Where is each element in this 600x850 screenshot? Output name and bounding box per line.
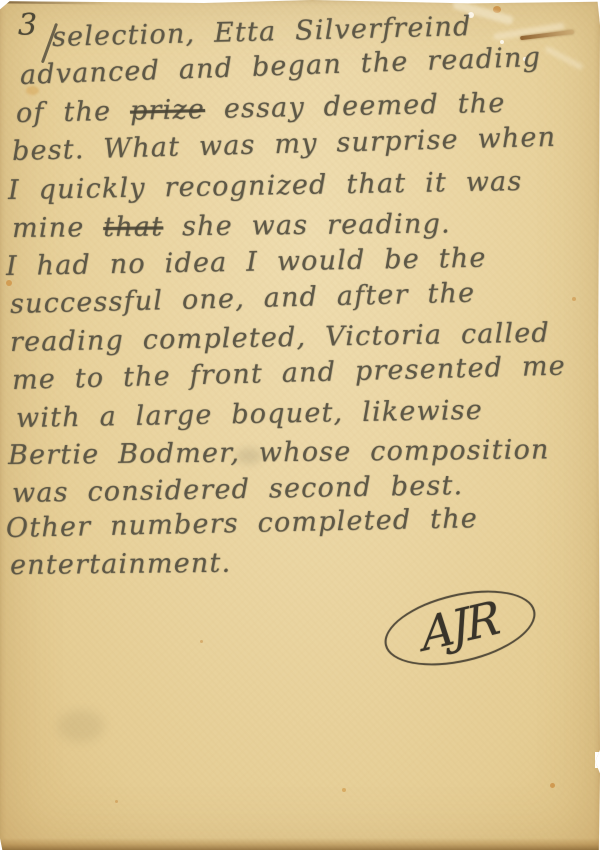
handwriting-segment: mine bbox=[12, 212, 104, 244]
struck-word: prize bbox=[130, 94, 206, 127]
handwriting-segment: of the bbox=[16, 96, 131, 129]
handwriting-segment: I had no idea I would be the bbox=[6, 243, 487, 282]
handwriting-segment: was considered second best. bbox=[12, 470, 464, 509]
edge-notch bbox=[595, 752, 600, 768]
handwriting-segment: Other numbers completed the bbox=[6, 503, 479, 544]
signature-monogram: AJR bbox=[377, 578, 542, 679]
scanned-page: 3 selection, Etta Silverfreindadvanced a… bbox=[0, 0, 600, 850]
handwriting-segment: best. What was my surprise when bbox=[12, 122, 557, 167]
manuscript-line: successful one, and after the bbox=[10, 280, 476, 318]
handwriting-segment: essay deemed the bbox=[205, 88, 506, 125]
handwriting-segment: I quickly recognized that it was bbox=[8, 166, 523, 206]
manuscript-line: Other numbers completed the bbox=[6, 505, 478, 542]
rusty-pin-mark bbox=[520, 30, 574, 41]
stain bbox=[115, 800, 118, 803]
manuscript-line: Bertie Bodmer, whose composition bbox=[8, 436, 550, 469]
manuscript-paper: 3 selection, Etta Silverfreindadvanced a… bbox=[0, 0, 600, 850]
manuscript-line: entertainment. bbox=[10, 550, 232, 579]
stain bbox=[550, 783, 555, 788]
stain bbox=[342, 788, 346, 792]
manuscript-line: selection, Etta Silverfreind bbox=[52, 13, 472, 51]
handwriting-segment: successful one, and after the bbox=[10, 278, 476, 320]
handwriting-segment: me to the front and presented me bbox=[12, 351, 567, 396]
crease-mark bbox=[544, 45, 584, 70]
stain bbox=[58, 710, 104, 742]
manuscript-line: me to the front and presented me bbox=[12, 353, 567, 394]
page-bottom-edge-shadow bbox=[0, 838, 600, 850]
stain bbox=[572, 297, 576, 301]
signature-initials: AJR bbox=[419, 590, 501, 661]
manuscript-line: reading completed, Victoria called bbox=[10, 320, 550, 356]
manuscript-line: with a large boquet, likewise bbox=[16, 397, 483, 432]
manuscript-line: best. What was my surprise when bbox=[12, 124, 557, 165]
torn-top-edge bbox=[0, 0, 110, 5]
manuscript-line: mine that she was reading. bbox=[12, 210, 451, 242]
stain bbox=[493, 6, 501, 13]
handwriting-segment: entertainment. bbox=[10, 548, 232, 581]
page-number-value: 3 bbox=[18, 8, 37, 43]
manuscript-line: of the prize essay deemed the bbox=[16, 90, 506, 127]
handwriting-segment: she was reading. bbox=[163, 208, 451, 242]
manuscript-line: was considered second best. bbox=[12, 472, 464, 507]
struck-word: that bbox=[103, 211, 163, 243]
manuscript-line: I had no idea I would be the bbox=[6, 245, 487, 280]
handwriting-segment: with a large boquet, likewise bbox=[16, 395, 483, 434]
handwriting-segment: reading completed, Victoria called bbox=[10, 318, 550, 358]
handwriting-segment: Bertie Bodmer, whose composition bbox=[8, 434, 550, 471]
stain bbox=[200, 640, 203, 643]
manuscript-line: I quickly recognized that it was bbox=[8, 168, 523, 204]
page-number: 3 bbox=[18, 8, 37, 43]
